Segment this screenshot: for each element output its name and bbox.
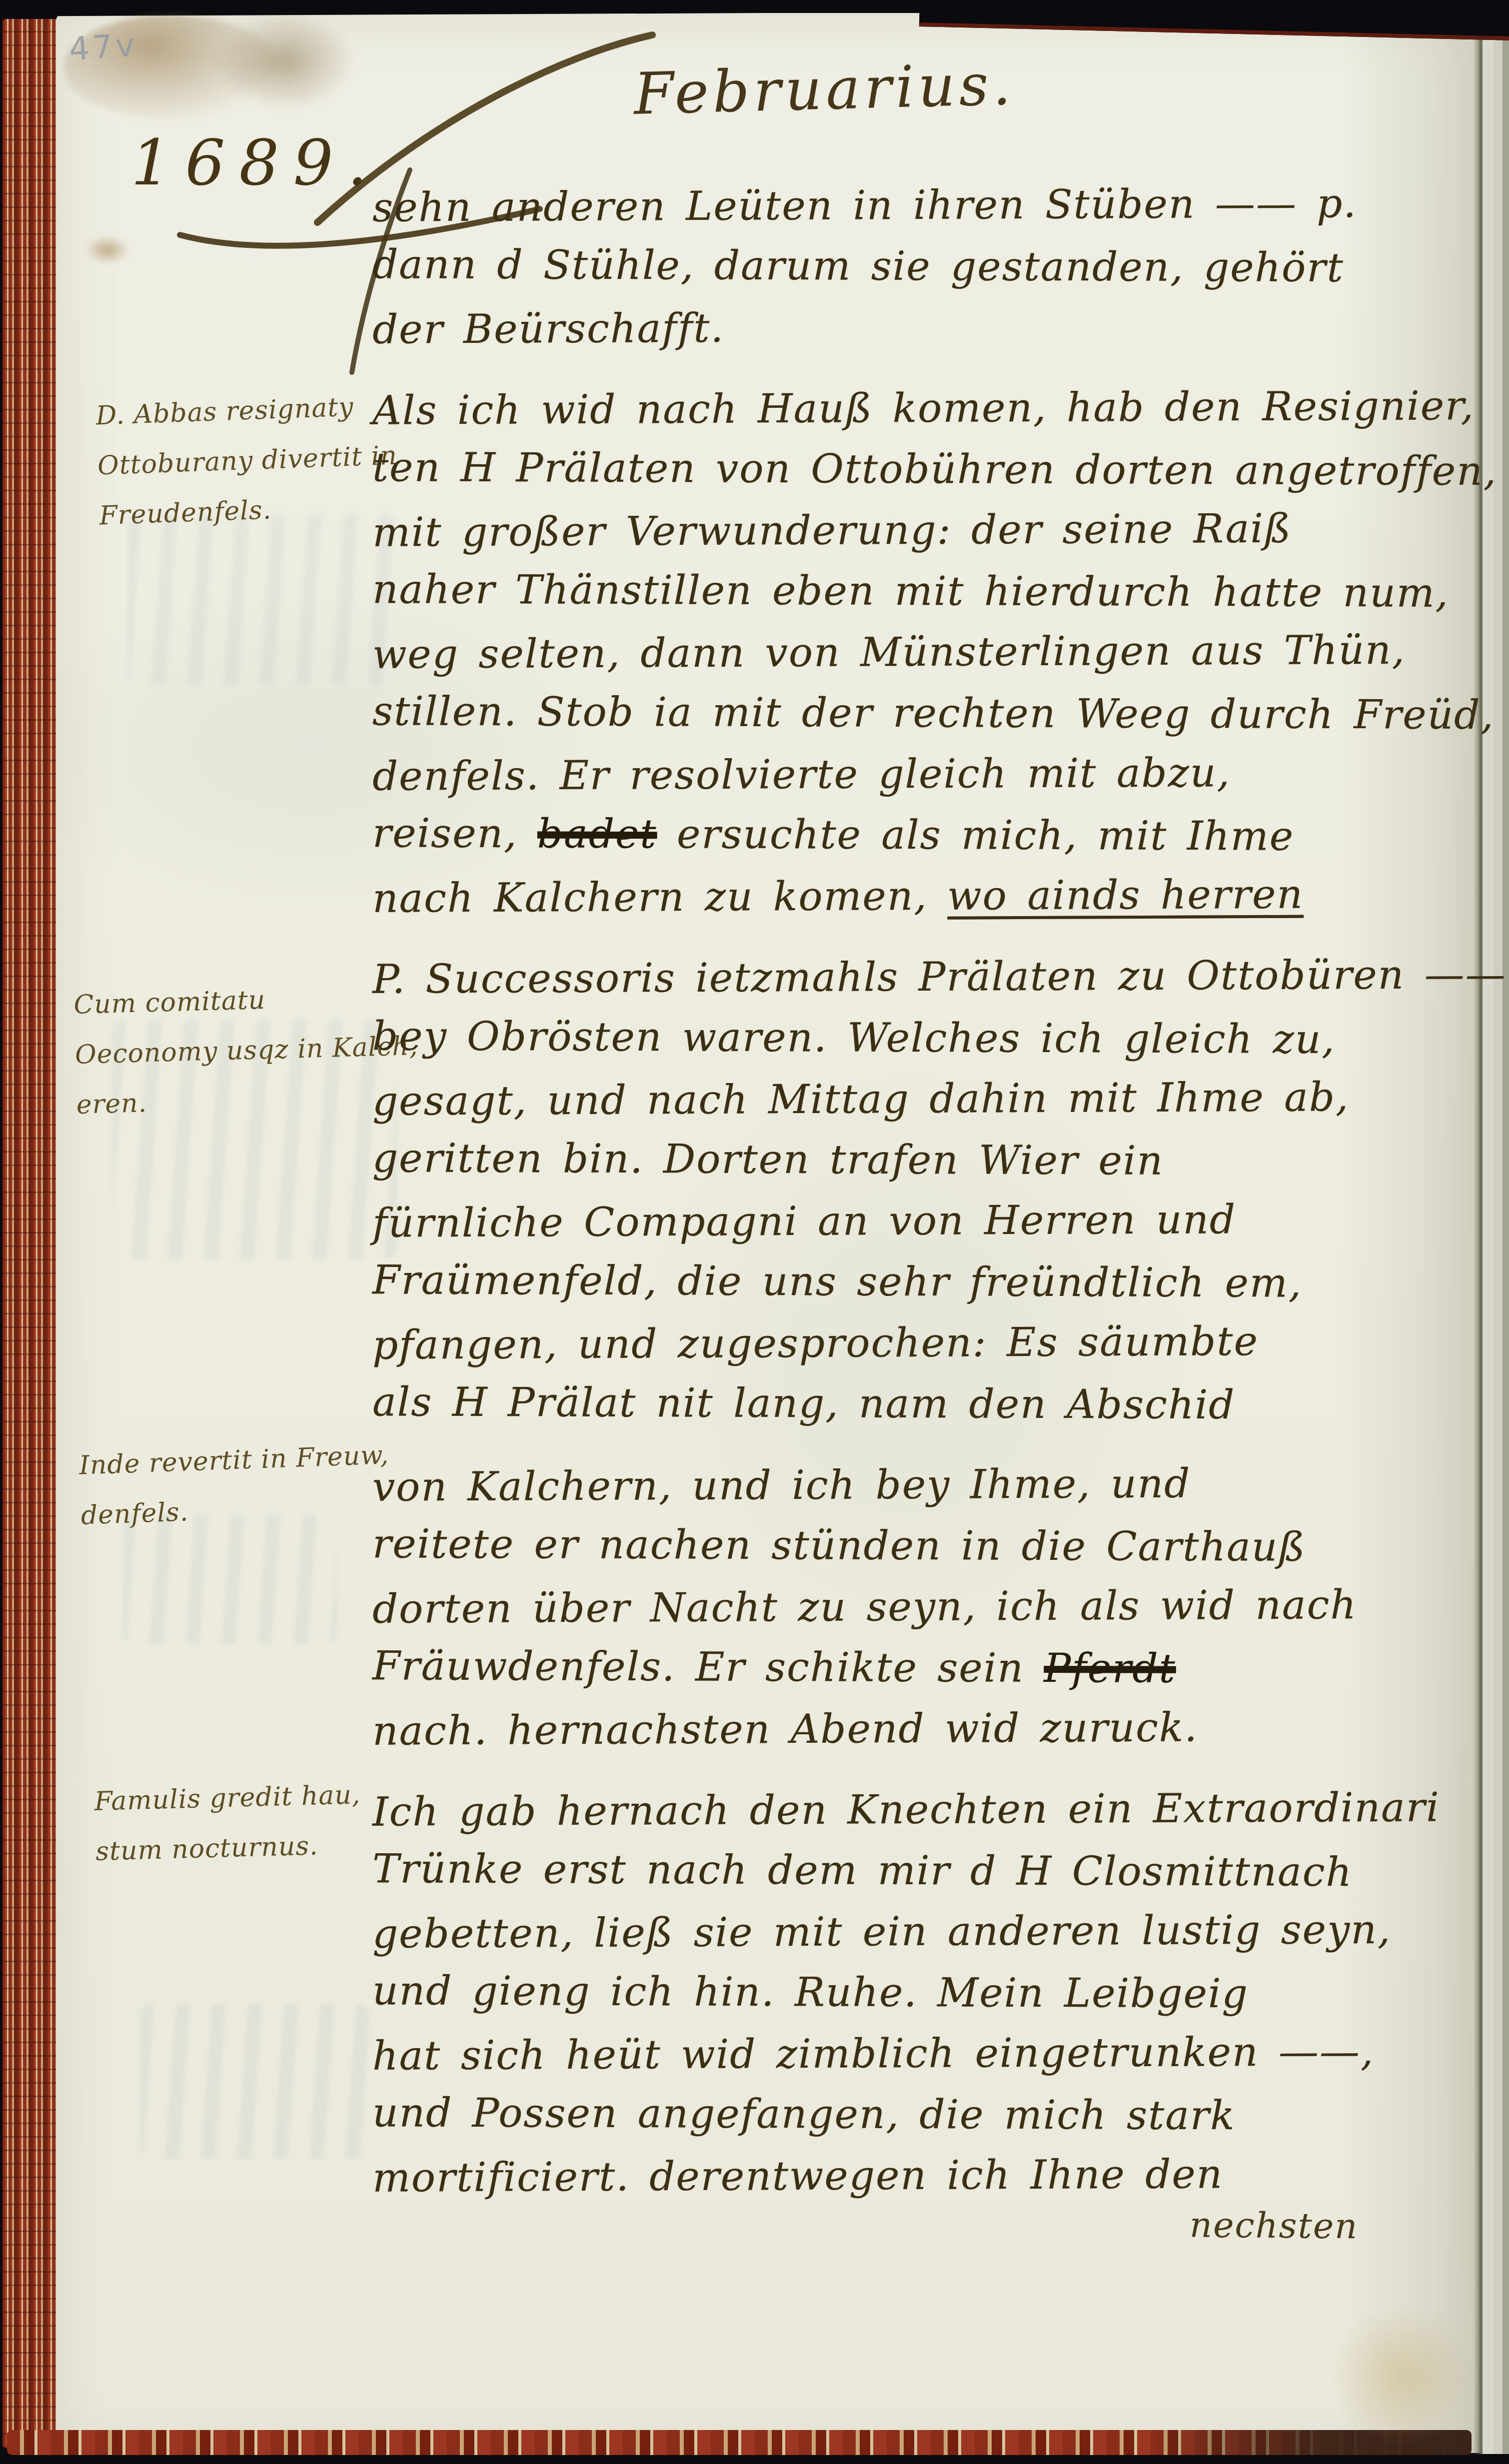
manuscript-line: Ich gab hernach den Knechten ein Extraor… [372,1777,1453,1842]
manuscript-line: als H Prälat nit lang, nam den Abschid [372,1371,1452,1436]
text-segment: ten H Prälaten von Ottobühren dorten ang… [372,444,1498,494]
manuscript-line: mortificiert. derentwegen ich Ihne den [372,2143,1453,2208]
text-segment: nach Kalchern zu komen, [372,873,948,922]
margin-note-cum-comitatu: Cum comitatuOeconomy usqz in Kalch,eren. [73,971,420,1130]
manuscript-line: fürnliche Compagni an von Herren und [372,1188,1453,1253]
manuscript-line: stillen. Stob ia mit der rechten Weeg du… [372,681,1452,746]
manuscript-line: weg selten, dann von Münsterlingen aus T… [372,619,1453,685]
text-segment: mortificiert. derentwegen ich Ihne den [372,2151,1224,2201]
text-segment: bey Obrösten waren. Welches ich gleich z… [372,1013,1336,1063]
text-segment: fürnliche Compagni an von Herren und [372,1196,1237,1246]
text-segment: der Beürschafft. [372,305,724,353]
manuscript-line: mit großer Verwunderung: der seine Raiß [372,497,1453,563]
manuscript-line: denfels. Er resolvierte gleich mit abzu, [372,741,1453,807]
margin-note-line: Ottoburany divertit in [96,431,398,491]
manuscript-line: Trünke erst nach dem mir d H Closmittnac… [372,1838,1452,1903]
manuscript-line: Fräuwdenfels. Er schikte sein Pferdt [372,1635,1452,1700]
manuscript-line: von Kalchern, und ich bey Ihme, und [372,1452,1453,1517]
manuscript-line: der Beürschafft. [372,294,1453,360]
text-segment: geritten bin. Dorten trafen Wier ein [372,1135,1164,1184]
struck-word: badet [537,810,657,857]
page-block-edge-right [1480,12,1509,2454]
text-segment: und Possen angefangen, die mich stark [372,2089,1236,2139]
margin-note-line: Cum comitatu [73,971,417,1030]
marbled-fore-edge-left [2,19,57,2448]
text-segment: Fräuwdenfels. Er schikte sein [372,1642,1044,1691]
manuscript-line: pfangen, und zugesprochen: Es säumbte [372,1310,1453,1375]
text-segment: reisen, [372,810,537,857]
manuscript-line: geritten bin. Dorten trafen Wier ein [372,1128,1452,1193]
marbled-fore-edge-bottom [7,2430,1472,2455]
text-segment: reitete er nachen stünden in die Carthau… [372,1520,1306,1570]
manuscript-paragraph: sehn anderen Leüten in ihren Stüben —— p… [372,175,1452,358]
margin-note-line: eren. [75,1071,420,1130]
manuscript-line: dann d Stühle, darum sie gestanden, gehö… [372,234,1452,299]
text-segment: Trünke erst nach dem mir d H Closmittnac… [372,1845,1353,1895]
manuscript-line: reitete er nachen stünden in die Carthau… [372,1513,1452,1578]
text-segment: ersuchte als mich, mit Ihme [657,811,1294,859]
manuscript-line: und Possen angefangen, die mich stark [372,2082,1452,2147]
manuscript-line: Als ich wid nach Hauß komen, hab den Res… [372,375,1453,441]
manuscript-line: gesagt, und nach Mittag dahin mit Ihme a… [372,1066,1453,1132]
margin-note-line: Freudenfels. [98,481,400,541]
manuscript-scan: 47v Februarius. 1689. D. Abbas resignaty… [0,0,1509,2464]
manuscript-line: und gieng ich hin. Ruhe. Mein Leibgeig [372,1960,1452,2025]
manuscript-line: Fraümenfeld, die uns sehr freündtlich em… [372,1249,1452,1314]
underlined-phrase: wo ainds herren [947,871,1304,919]
month-heading: Februarius. [633,51,1015,128]
manuscript-line: nach Kalchern zu komen, wo ainds herren [372,863,1453,929]
manuscript-line: bey Obrösten waren. Welches ich gleich z… [372,1006,1452,1071]
margin-note-line: stum nocturnus. [95,1820,362,1877]
text-segment: nach. hernachsten Abend wid zuruck. [372,1704,1198,1754]
text-segment: mit großer Verwunderung: der seine Raiß [372,505,1292,556]
text-segment: Als ich wid nach Hauß komen, hab den Res… [372,382,1475,434]
manuscript-paragraph: Ich gab hernach den Knechten ein Extraor… [372,1779,1452,2206]
manuscript-line: naher Thänstillen eben mit hierdurch hat… [372,559,1452,624]
manuscript-line: sehn anderen Leüten in ihren Stüben —— p… [372,172,1453,238]
text-segment: als H Prälat nit lang, nam den Abschid [372,1378,1236,1428]
text-segment: sehn anderen Leüten in ihren Stüben —— p… [372,180,1357,231]
text-segment: Ich gab hernach den Knechten ein Extraor… [372,1784,1440,1835]
catchword: nechsten [1190,2205,1359,2247]
manuscript-line: reisen, badet ersuchte als mich, mit Ihm… [372,803,1452,868]
manuscript-paragraph: Als ich wid nach Hauß komen, hab den Res… [372,378,1452,927]
text-segment: und gieng ich hin. Ruhe. Mein Leibgeig [372,1967,1249,2017]
text-segment: stillen. Stob ia mit der rechten Weeg du… [372,688,1495,738]
margin-note-line: Oeconomy usqz in Kalch, [74,1021,419,1080]
text-segment: weg selten, dann von Münsterlingen aus T… [372,627,1406,678]
manuscript-line: P. Successoris ietzmahls Prälaten zu Ott… [372,944,1453,1010]
manuscript-paragraph: von Kalchern, und ich bey Ihme, undreite… [372,1454,1452,1759]
text-segment: Fraümenfeld, die uns sehr freündtlich em… [372,1256,1302,1306]
margin-note-line: Famulis gredit hau, [93,1770,361,1827]
text-segment: gebetten, ließ sie mit ein anderen lusti… [372,1906,1392,1957]
text-segment: P. Successoris ietzmahls Prälaten zu Ott… [372,951,1507,1003]
text-segment: gesagt, und nach Mittag dahin mit Ihme a… [372,1074,1350,1125]
margin-note-famulis: Famulis gredit hau,stum nocturnus. [93,1770,362,1877]
manuscript-line: dorten über Nacht zu seyn, ich als wid n… [372,1574,1453,1639]
manuscript-paragraph: P. Successoris ietzmahls Prälaten zu Ott… [372,947,1452,1434]
manuscript-body-text: sehn anderen Leüten in ihren Stüben —— p… [372,175,1452,2206]
text-segment: von Kalchern, und ich bey Ihme, und [372,1460,1191,1510]
manuscript-line: gebetten, ließ sie mit ein anderen lusti… [372,1899,1453,1964]
text-segment: denfels. Er resolvierte gleich mit abzu, [372,749,1231,799]
year-label: 1689. [131,126,381,199]
margin-note-inde-revertit: Inde revertit in Freuw,denfels. [78,1430,392,1541]
manuscript-line: ten H Prälaten von Ottobühren dorten ang… [372,437,1452,502]
text-segment: pfangen, und zugesprochen: Es säumbte [372,1318,1259,1368]
text-segment: dorten über Nacht zu seyn, ich als wid n… [372,1581,1357,1632]
text-segment: dann d Stühle, darum sie gestanden, gehö… [372,241,1344,291]
text-segment: naher Thänstillen eben mit hierdurch hat… [372,566,1449,616]
manuscript-line: nach. hernachsten Abend wid zuruck. [372,1696,1453,1761]
struck-word: Pferdt [1044,1645,1176,1692]
margin-note-abbot-resigned: D. Abbas resignatyOttoburany divertit in… [95,381,400,541]
folio-number-pencil: 47v [68,26,139,68]
manuscript-line: hat sich heüt wid zimblich eingetrunken … [372,2021,1453,2086]
text-segment: hat sich heüt wid zimblich eingetrunken … [372,2028,1375,2079]
